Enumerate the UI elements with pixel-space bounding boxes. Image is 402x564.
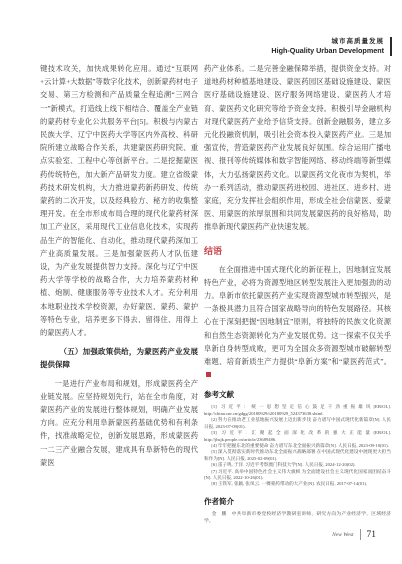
page-footer: New West 71 (332, 529, 376, 540)
conclusion-paragraph: 在全面推进中国式现代化的新征程上，因地制宜发展特色产业，必将为资源型地区转型发展… (204, 263, 391, 382)
column-left: 键技术攻关，加快成果转化应用。通过“互联网+云计算+大数据”等数字化技术，创新蒙… (40, 62, 198, 469)
reference-item: [1] 习近平：统一思想坚定信心鼓足干劲重振雄风[EB/OL]. http://… (204, 404, 391, 417)
reference-item: [3] 习近平. 汇聚起全面深化改革的强大正能量[EB/OL]. http://… (204, 430, 391, 443)
reference-item: [5] 深入贯彻落实新时代推动东北全面振兴战略部署 在中国式现代化建设中展现更大… (204, 449, 391, 462)
conclusion-text: 在全面推进中国式现代化的新征程上，因地制宜发展特色产业，必将为资源型地区转型发展… (204, 265, 391, 366)
references-heading: 参考文献 (204, 389, 391, 400)
header-vertical-rule (390, 37, 392, 56)
left-paragraph-policy: 一是进行产业布局和规划，形成蒙医药全产业链发展。应坚持规划先行，站在全市角度，对… (40, 377, 198, 469)
author-bio-text: 金 鹏 中共阜新市委党校经济学教研室讲师，研究方向为产业经济学、区域经济学。 (204, 511, 391, 525)
header-section-tag: 城市高质量发展 High-Quality Urban Development (271, 37, 392, 56)
journal-page: 城市高质量发展 High-Quality Urban Development 键… (0, 0, 402, 564)
reference-item: [8] 王铁军, 张颖, 张凤云. 一棵蒙药带动的大产业[N]. 农民日报, 2… (204, 481, 391, 487)
reference-item: [2] 努力在推动老工业基地振兴发展上迈出新步伐 奋力谱写中国式现代化新篇章[N… (204, 417, 391, 430)
author-bio-heading: 作者简介 (204, 496, 391, 507)
conclusion-heading: 结语 (204, 244, 391, 257)
footer-divider (360, 529, 361, 540)
journal-name: New West (332, 532, 353, 538)
reference-item: [7] 习近平. 高举中国特色社会主义伟大旗帜 为全面建设社会主义现代化国家而团… (204, 469, 391, 482)
references-list: [1] 习近平：统一思想坚定信心鼓足干劲重振雄风[EB/OL]. http://… (204, 404, 391, 487)
page-number: 71 (367, 530, 377, 540)
section-heading-five: （五）加强政策供给，为蒙医药产业发展提供保障 (40, 345, 198, 371)
right-paragraph-continued: 药产业体系。二是完善金融保障举措，提供资金支持。对道地药材种植基地建设、蒙医药园… (204, 62, 391, 234)
article-end-icon (206, 372, 211, 377)
header-tag-zh: 城市高质量发展 (271, 38, 384, 46)
column-right: 药产业体系。二是完善金融保障举措，提供资金支持。对道地药材种植基地建设、蒙医药园… (204, 62, 391, 525)
header-tag-en: High-Quality Urban Development (271, 46, 384, 56)
header-tag-text: 城市高质量发展 High-Quality Urban Development (271, 38, 384, 56)
left-paragraph-continued: 键技术攻关，加快成果转化应用。通过“互联网+云计算+大数据”等数字化技术，创新蒙… (40, 62, 198, 339)
